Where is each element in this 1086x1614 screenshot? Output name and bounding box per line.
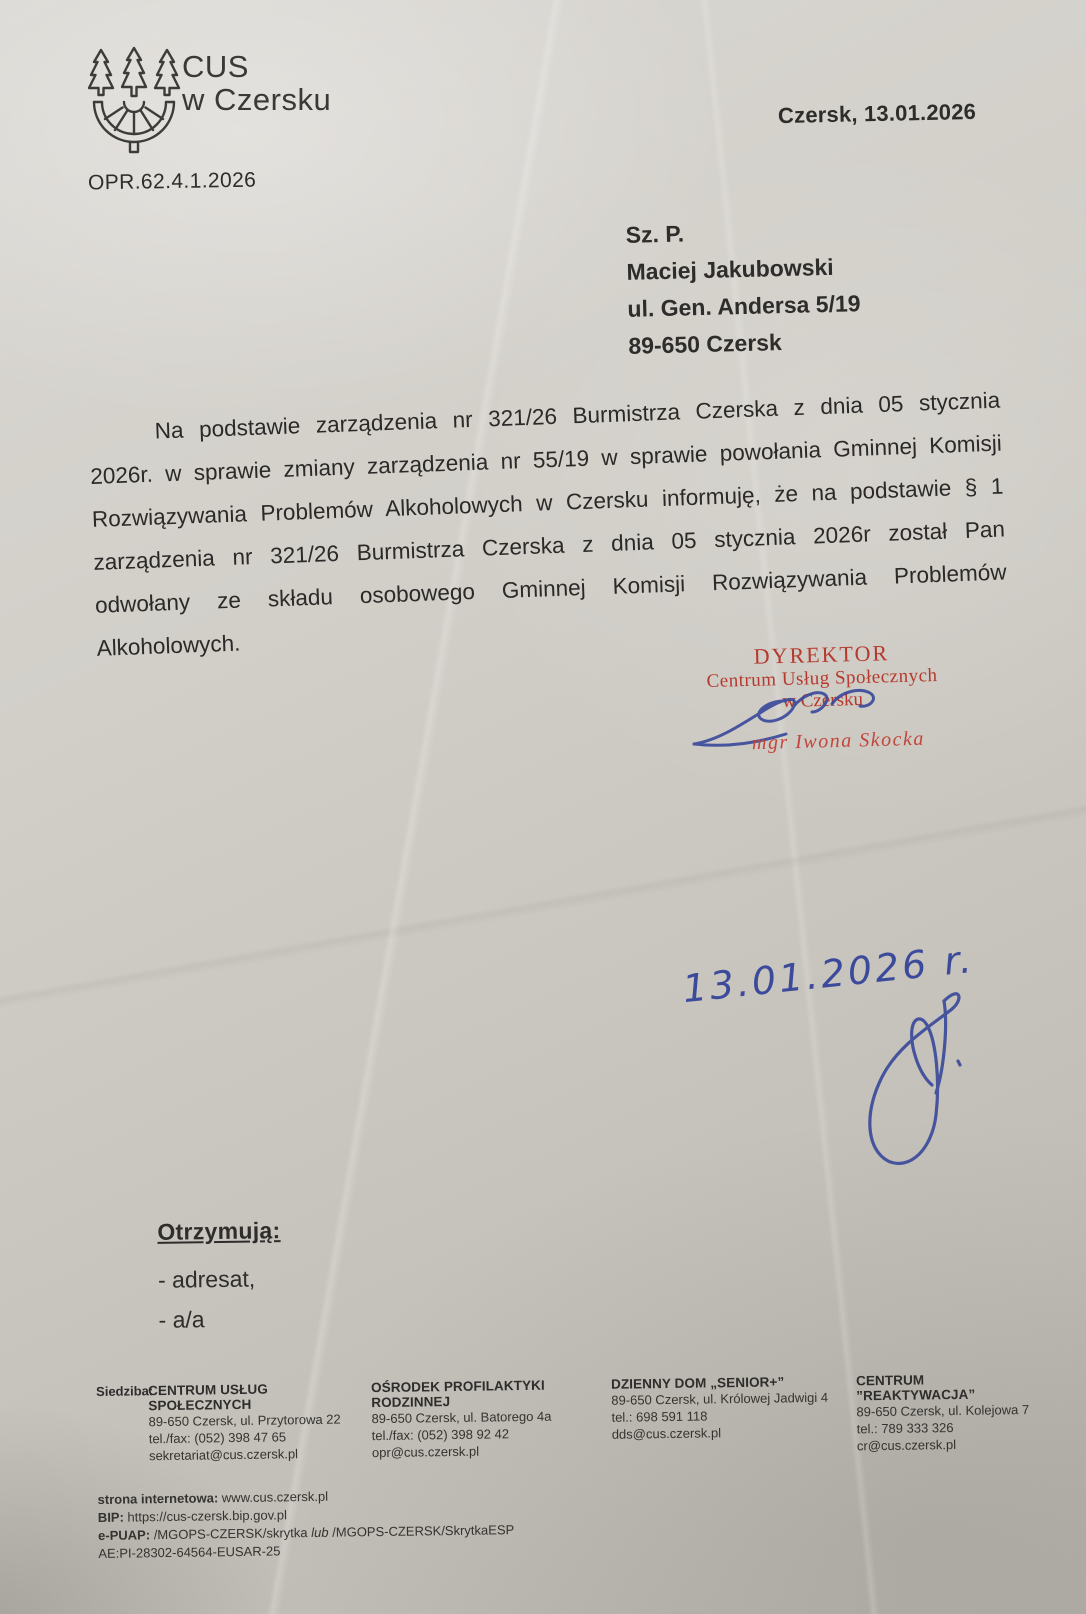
recipient-street: ul. Gen. Andersa 5/19 (627, 285, 861, 328)
siedziba-label: Siedziba: (96, 1383, 149, 1465)
distribution-block: Otrzymują: - adresat, - a/a (157, 1217, 282, 1340)
scanned-letter-page: CUS w Czersku Czersk, 13.01.2026 OPR.62.… (0, 0, 1086, 1614)
footer-column-opr: OŚRODEK PROFILAKTYKI RODZINNEJ 89-650 Cz… (371, 1377, 612, 1461)
bip-value: https://cus-czersk.bip.gov.pl (127, 1507, 287, 1524)
distribution-item: - a/a (158, 1298, 282, 1340)
footer-column-siedziba: CENTRUM USŁUG SPOŁECZNYCH 89-650 Czersk,… (148, 1380, 364, 1464)
footer-org-email: sekretariat@cus.czersk.pl (149, 1444, 364, 1464)
footer-org-email: dds@cus.czersk.pl (612, 1422, 857, 1442)
footer-org-address: 89-650 Czersk, ul. Królowej Jadwigi 4 (611, 1388, 856, 1408)
org-name: CUS w Czersku (182, 50, 331, 117)
reference-number: OPR.62.4.1.2026 (88, 169, 257, 196)
footer-org-address: 89-650 Czersk, ul. Kolejowa 7 (856, 1401, 1036, 1421)
footer-column-reaktywacja: CENTRUM ”REAKTYWACJA” 89-650 Czersk, ul.… (856, 1371, 1037, 1455)
org-location: w Czersku (182, 83, 331, 116)
footer-org-name: OŚRODEK PROFILAKTYKI RODZINNEJ (371, 1377, 611, 1410)
recipient-city: 89-650 Czersk (628, 322, 862, 365)
footer-column-senior: DZIENNY DOM „SENIOR+” 89-650 Czersk, ul.… (611, 1373, 857, 1457)
dateline: Czersk, 13.01.2026 (778, 99, 977, 129)
cus-logo-icon (84, 46, 184, 158)
recipient-salutation: Sz. P. (625, 211, 859, 254)
footer-org-email: opr@cus.czersk.pl (372, 1441, 612, 1461)
distribution-heading: Otrzymują: (157, 1217, 281, 1246)
stamp-signer-name: mgr Iwona Skocka (752, 728, 925, 756)
body-paragraph: Na podstawie zarządzenia nr 321/26 Burmi… (88, 379, 1009, 670)
org-acronym: CUS (182, 50, 331, 83)
website-value: www.cus.czersk.pl (222, 1489, 328, 1505)
epuap-value-2: /MGOPS-CZERSK/SkrytkaESP (332, 1522, 514, 1540)
epuap-value-1: /MGOPS-CZERSK/skrytka (154, 1525, 308, 1542)
footer-org-name: CENTRUM USŁUG SPOŁECZNYCH (148, 1380, 363, 1413)
footer-meta: strona internetowa: www.cus.czersk.pl BI… (97, 1478, 1038, 1563)
website-label: strona internetowa: (98, 1490, 219, 1507)
recipient-block: Sz. P. Maciej Jakubowski ul. Gen. Anders… (625, 211, 862, 365)
epuap-conjunction: lub (311, 1525, 329, 1540)
footer-org-email: cr@cus.czersk.pl (857, 1435, 1037, 1455)
footer-org-address: 89-650 Czersk, ul. Przytorowa 22 (148, 1410, 363, 1430)
footer-org-name: CENTRUM ”REAKTYWACJA” (856, 1371, 1036, 1404)
distribution-item: - adresat, (158, 1258, 282, 1300)
handwritten-initial-ink (840, 965, 990, 1175)
recipient-name: Maciej Jakubowski (626, 248, 860, 291)
epuap-label: e-PUAP: (98, 1527, 150, 1543)
bip-label: BIP: (98, 1510, 124, 1525)
footer: Siedziba: CENTRUM USŁUG SPOŁECZNYCH 89-6… (96, 1371, 1038, 1563)
footer-columns: Siedziba: CENTRUM USŁUG SPOŁECZNYCH 89-6… (96, 1371, 1037, 1465)
